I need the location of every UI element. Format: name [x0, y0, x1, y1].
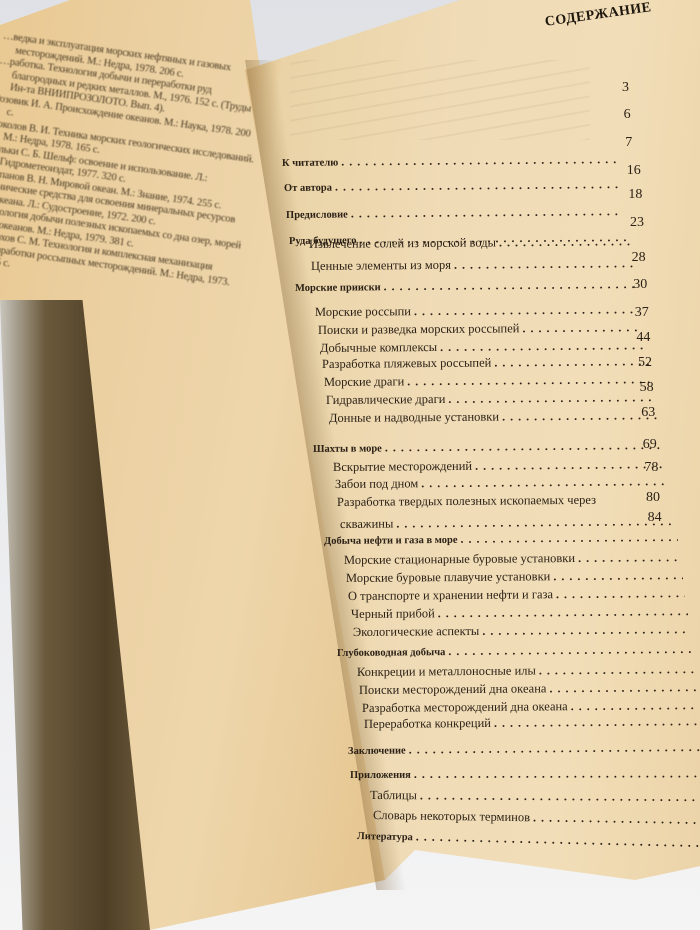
book-photo: …ведка и эксплуатация морских нефтяных и…	[0, 0, 700, 930]
toc-entry-label: О транспорте и хранении нефти и газа	[348, 587, 553, 604]
toc-entry-label: Ценные элементы из моря	[311, 258, 451, 274]
toc-leader-dots: ........................................…	[460, 530, 678, 547]
toc-entry: Гидравлические драги....................…	[326, 390, 655, 409]
toc-leader-dots: ........................................…	[440, 338, 646, 355]
toc-entry: Морские буровые плавучие установки......…	[346, 568, 683, 587]
toc-leader-dots: ........................................…	[414, 302, 639, 319]
toc-entry: Черный прибой...........................…	[351, 604, 688, 623]
toc-entry-label: Словарь некоторых терминов	[372, 808, 529, 825]
toc-leader-dots: ........................................…	[570, 698, 698, 714]
toc-leader-dots: ........................................…	[522, 320, 643, 336]
toc-entry-label: Таблицы	[370, 788, 417, 803]
toc-entry-label: Добыча нефти и газа в море	[324, 535, 458, 547]
toc-entry: К читателю..............................…	[282, 152, 617, 171]
toc-entry: Морские прииски.........................…	[295, 277, 636, 296]
toc-entry-label: Морские буровые плавучие установки	[346, 569, 550, 586]
toc-entry-label: Вскрытие месторождений	[333, 459, 472, 475]
toc-entry: Экологические аспекты...................…	[353, 622, 690, 641]
toc-entry-label: Забои под дном	[335, 476, 418, 492]
toc-page-number: 6	[624, 107, 631, 123]
toc-leader-dots: ........................................…	[421, 474, 668, 491]
toc-entry-label: Морские прииски	[295, 282, 381, 294]
toc-entry: Морские россыпи.........................…	[315, 302, 639, 321]
toc-entry-label: Гидравлические драги	[326, 392, 446, 408]
toc-leader-dots: ........................................…	[553, 568, 683, 584]
toc-entry: Поиски месторождений дна океана.........…	[359, 680, 696, 699]
toc-entry: Морские драги...........................…	[324, 372, 652, 391]
toc-entry: Заключение..............................…	[348, 740, 700, 759]
toc-entry-label: Конкреции и металлоносные илы	[357, 663, 536, 680]
toc-leader-dots: ........................................…	[475, 457, 665, 474]
toc-entry-label: Поиски и разведка морских россыпей	[318, 321, 520, 338]
toc-leader-dots: ........................................…	[351, 204, 623, 221]
toc-leader-dots: ........................................…	[341, 152, 617, 169]
toc-leader-dots: ........................................…	[454, 256, 633, 273]
show-through-text	[290, 60, 590, 140]
toc-leader-dots: ........................................…	[335, 177, 620, 194]
toc-entry: Поиски и разведка морских россыпей......…	[318, 320, 643, 339]
toc-leader-dots: ........................................…	[482, 622, 690, 639]
toc-page-number: 44	[636, 330, 650, 346]
toc-leader-dots: ........................................…	[539, 662, 694, 678]
toc-leader-dots: ........................................…	[384, 277, 636, 294]
toc-entry: О транспорте и хранении нефти и газа....…	[348, 586, 685, 605]
toc-entry-label: Морские драги	[324, 374, 404, 390]
toc-entry-label: Литература	[357, 831, 413, 843]
toc-entry: Вскрытие месторождений..................…	[333, 457, 665, 476]
toc-entry: Морские стационарные буровые установки..…	[344, 550, 681, 569]
toc-page-number: 3	[622, 80, 629, 96]
toc-leader-dots: ........................................…	[437, 604, 687, 621]
toc-leader-dots: ........................................…	[494, 354, 649, 370]
toc-entry-label: Черный прибой	[351, 606, 435, 622]
toc-entry-label: Морские россыпи	[315, 304, 411, 320]
toc-leader-dots: ........................................…	[578, 550, 681, 566]
bibliography-list: …ведка и эксплуатация морских нефтяных и…	[0, 30, 267, 303]
toc-leader-dots: ........................................…	[494, 714, 700, 731]
toc-entry-label: Шахты в море	[313, 443, 382, 455]
toc-entry-label: Приложения	[350, 770, 411, 781]
toc-entry: Конкреции и металлоносные илы...........…	[357, 662, 694, 681]
toc-page-number: 37	[635, 305, 649, 321]
toc-entry-label: Поиски месторождений дна океана	[359, 681, 547, 698]
toc-page-number: 28	[632, 250, 646, 266]
toc-page-number: 52	[638, 355, 652, 371]
toc-leader-dots: ........................................…	[407, 372, 652, 389]
toc-entry-label: Донные и надводные установки	[329, 410, 499, 426]
toc-entry: Разработка пляжевых россыпей............…	[322, 354, 649, 373]
toc-entry-label: К читателю	[282, 158, 338, 169]
toc-page-number: 23	[630, 215, 644, 231]
toc-entry: Таблицы.................................…	[370, 788, 700, 806]
toc-entry: Предисловие.............................…	[286, 204, 623, 223]
toc-page-number: 30	[633, 277, 647, 293]
toc-leader-dots: ........................................…	[414, 766, 700, 782]
toc-entry-label: От автора	[284, 183, 332, 194]
toc-entry-label: скважины	[340, 517, 393, 532]
toc-entry-label: Предисловие	[286, 209, 348, 221]
toc-leader-dots: ........................................…	[409, 740, 700, 758]
toc-leader-dots	[599, 503, 671, 504]
toc-entry-label: Добычные комплексы	[320, 340, 437, 356]
toc-entry-label: Разработка пляжевых россыпей	[322, 356, 491, 372]
toc-entry: Разработка твердых полезных ископаемых ч…	[337, 492, 671, 511]
toc-entry: Извлечение солей из морской воды........…	[309, 234, 630, 253]
toc-leader-dots: ........................................…	[550, 680, 697, 696]
toc-entry: Добыча нефти и газа в море..............…	[324, 530, 678, 549]
toc-entry-label: Экологические аспекты	[353, 624, 479, 640]
toc-entry: Переработка конкреций...................…	[364, 714, 700, 733]
toc-entry: Приложения..............................…	[350, 766, 700, 783]
toc-entry-label: Переработка конкреций	[364, 716, 491, 732]
toc-entry: От автора...............................…	[284, 177, 620, 196]
toc-entry: Глубоководная добыча....................…	[337, 642, 692, 661]
toc-entry: Шахты в море............................…	[313, 438, 662, 457]
toc-leader-dots: ........................................…	[385, 438, 662, 455]
toc-leader-dots: ........................................…	[449, 390, 656, 407]
toc-page-number: 16	[627, 163, 641, 179]
toc-leader-dots: ........................................…	[420, 788, 700, 805]
toc-entry: Ценные элементы из моря.................…	[311, 256, 633, 275]
toc-entry: Забои под дном..........................…	[335, 474, 668, 493]
toc-leader-dots: ........................................…	[556, 586, 685, 602]
toc-page-number: 18	[628, 187, 642, 203]
toc-entry-label: Разработка месторождений дна океана	[362, 699, 568, 716]
toc-entry-label: Морские стационарные буровые установки	[344, 551, 575, 568]
toc-entry-label: Глубоководная добыча	[337, 647, 445, 659]
toc-leader-dots: ........................................…	[499, 234, 630, 250]
toc-entry-label: Разработка твердых полезных ископаемых ч…	[337, 493, 596, 510]
toc-entry-label: Заключение	[348, 745, 406, 757]
toc-entry: Донные и надводные установки............…	[329, 408, 659, 427]
toc-leader-dots: ........................................…	[502, 408, 659, 424]
toc-leader-dots: ........................................…	[396, 514, 675, 531]
toc-leader-dots: ........................................…	[448, 642, 692, 659]
toc-entry-label: Извлечение солей из морской воды	[309, 235, 496, 252]
toc-page-number: 7	[625, 135, 632, 151]
toc-leader-dots: ........................................…	[533, 810, 700, 828]
